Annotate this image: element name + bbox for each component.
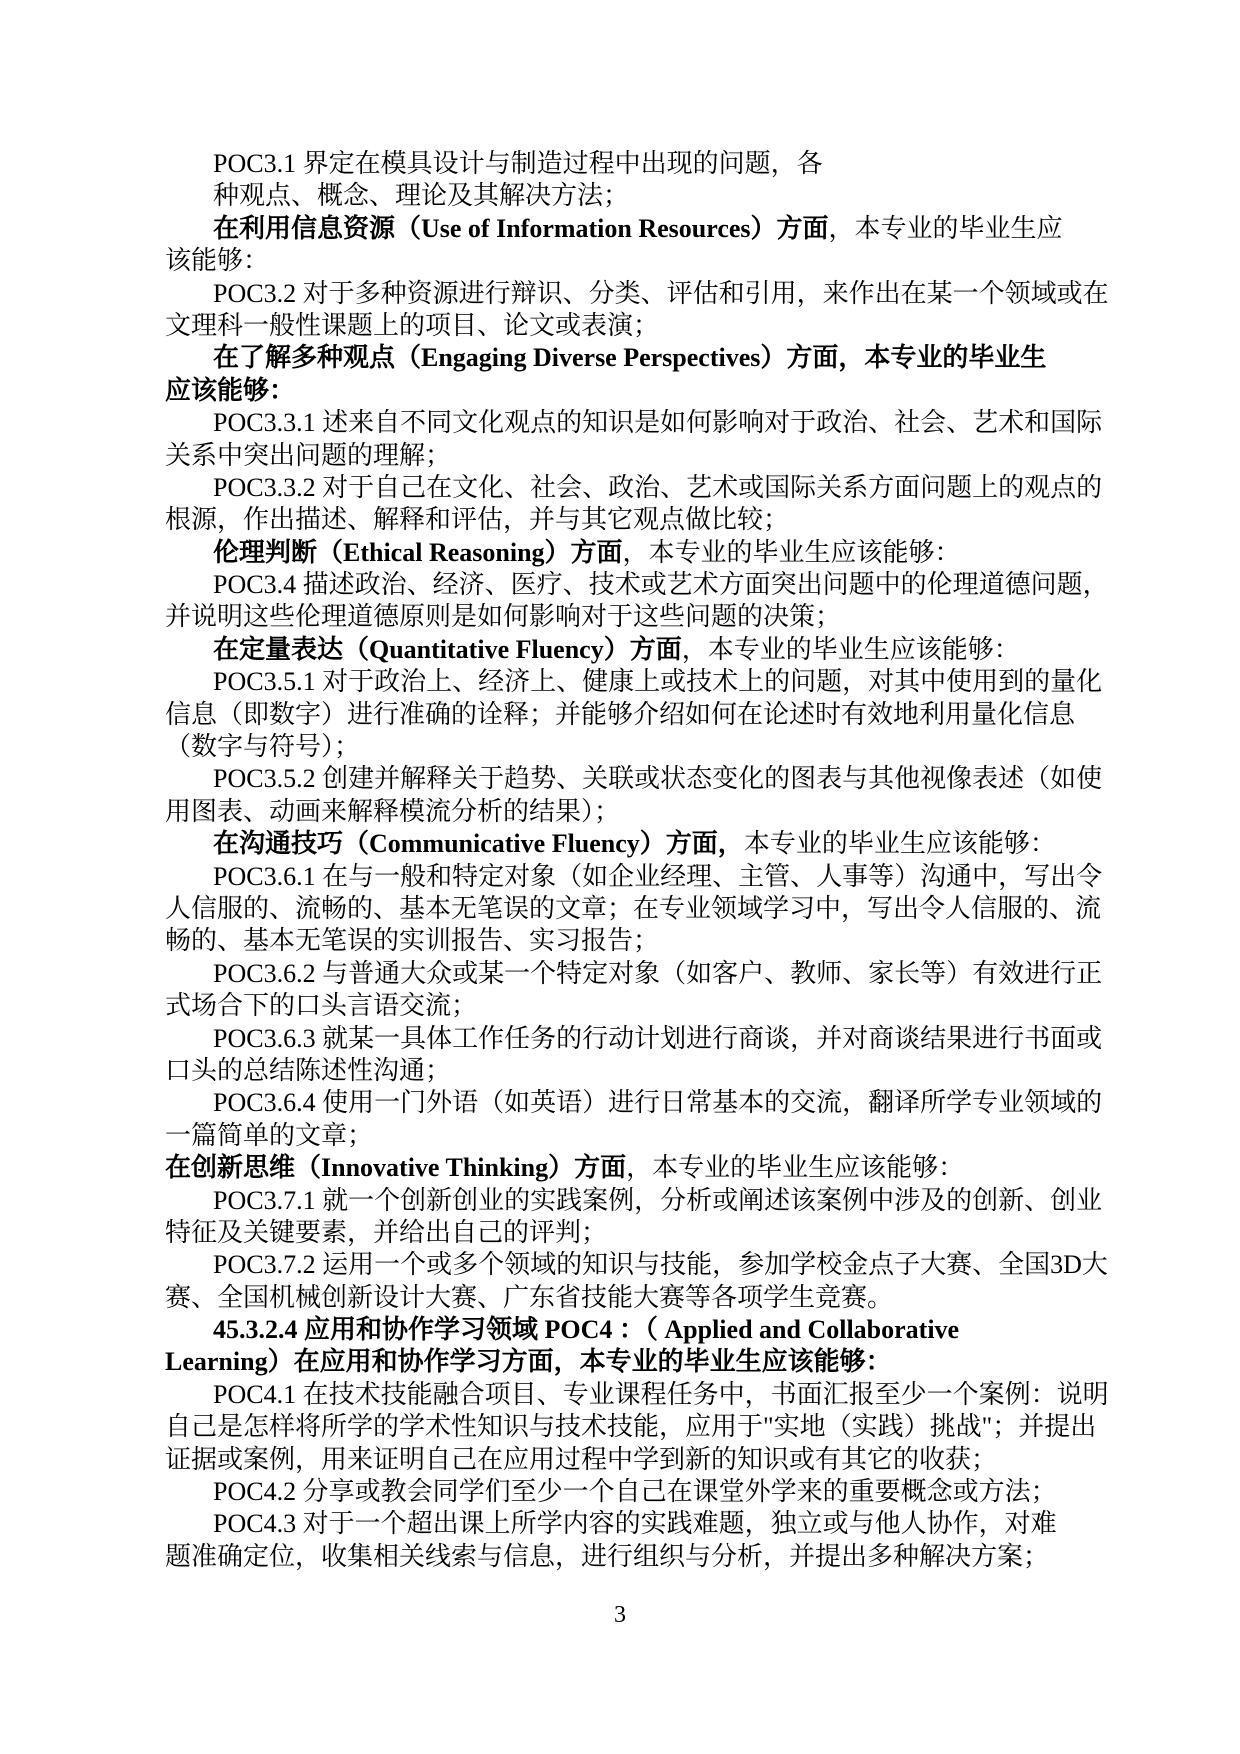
text-line: 在了解多种观点（Engaging Diverse Perspectives）方面… (165, 342, 1155, 374)
text-run: POC3.1 界定在模具设计与制造过程中出现的问题，各 (213, 149, 823, 178)
text-run: ，本专业的毕业生应该能够： (626, 1153, 964, 1182)
text-run: 自己是怎样将所学的学术性知识与技术技能，应用于"实地（实践）挑战"；并提出 (165, 1412, 1096, 1441)
text-run: 式场合下的口头言语交流； (165, 991, 477, 1020)
text-line: 人信服的、流畅的、基本无笔误的文章；在专业领域学习中，写出令人信服的、流 (165, 893, 1155, 925)
text-run: POC3.5.1 对于政治上、经济上、健康上或技术上的问题，对其中使用到的量化 (213, 667, 1102, 696)
text-run: POC3.2 对于多种资源进行辩识、分类、评估和引用，来作出在某一个领域或在 (213, 279, 1109, 308)
text-run: POC3.3.2 对于自己在文化、社会、政治、艺术或国际关系方面问题上的观点的 (213, 473, 1102, 502)
bold-text-run: 伦理判断（Ethical Reasoning）方面 (213, 538, 623, 567)
text-run: POC3.5.2 创建并解释关于趋势、关联或状态变化的图表与其他视像表述（如使 (213, 764, 1102, 793)
text-run: POC4.3 对于一个超出课上所学内容的实践难题，独立或与他人协作，对难 (213, 1509, 1057, 1538)
text-line: POC3.7.1 就一个创新创业的实践案例，分析或阐述该案例中涉及的创新、创业 (165, 1185, 1155, 1217)
text-line: 在利用信息资源（Use of Information Resources）方面，… (165, 213, 1155, 245)
text-run: 本专业的毕业生应该能够： (744, 829, 1056, 858)
text-run: ，本专业的毕业生应 (829, 214, 1063, 243)
text-line: POC3.5.1 对于政治上、经济上、健康上或技术上的问题，对其中使用到的量化 (165, 666, 1155, 698)
text-run: 根源，作出描述、解释和评估，并与其它观点做比较； (165, 505, 789, 534)
text-line: 并说明这些伦理道德原则是如何影响对于这些问题的决策； (165, 601, 1155, 633)
text-run: 种观点、概念、理论及其解决方法； (213, 181, 629, 210)
text-run: 畅的、基本无笔误的实训报告、实习报告； (165, 926, 659, 955)
text-line: 特征及关键要素，并给出自己的评判； (165, 1217, 1155, 1249)
text-line: 信息（即数字）进行准确的诠释；并能够介绍如何在论述时有效地利用量化信息 (165, 699, 1155, 731)
text-line: POC3.5.2 创建并解释关于趋势、关联或状态变化的图表与其他视像表述（如使 (165, 763, 1155, 795)
text-run: POC3.6.3 就某一具体工作任务的行动计划进行商谈，并对商谈结果进行书面或 (213, 1024, 1102, 1053)
text-line: 应该能够： (165, 375, 1155, 407)
text-line: 45.3.2.4 应用和协作学习领域 POC4 ：（ Applied and C… (165, 1314, 1155, 1346)
text-run: POC3.6.2 与普通大众或某一个特定对象（如客户、教师、家长等）有效进行正 (213, 959, 1102, 988)
bold-text-run: Learning）在应用和协作学习方面，本专业的毕业生应该能够： (165, 1347, 892, 1376)
text-run: POC4.2 分享或教会同学们至少一个自己在课堂外学来的重要概念或方法； (213, 1477, 1057, 1506)
text-run: （数字与符号）； (165, 732, 360, 761)
text-line: POC3.7.2 运用一个或多个领域的知识与技能，参加学校金点子大赛、全国3D大 (165, 1249, 1155, 1281)
text-run: 口头的总结陈述性沟通； (165, 1056, 451, 1085)
text-line: 文理科一般性课题上的项目、论文或表演； (165, 310, 1155, 342)
text-line: POC3.4 描述政治、经济、医疗、技术或艺术方面突出问题中的伦理道德问题， (165, 569, 1155, 601)
text-run: POC3.7.2 运用一个或多个领域的知识与技能，参加学校金点子大赛、全国3D大 (213, 1250, 1108, 1279)
text-line: 式场合下的口头言语交流； (165, 990, 1155, 1022)
bold-text-run: 应该能够： (165, 376, 295, 405)
bold-text-run: 在创新思维（Innovative Thinking）方面 (165, 1153, 626, 1182)
text-line: POC3.6.2 与普通大众或某一个特定对象（如客户、教师、家长等）有效进行正 (165, 958, 1155, 990)
text-line: 证据或案例，用来证明自己在应用过程中学到新的知识或有其它的收获； (165, 1444, 1155, 1476)
text-line: 自己是怎样将所学的学术性知识与技术技能，应用于"实地（实践）挑战"；并提出 (165, 1411, 1155, 1443)
text-line: POC3.2 对于多种资源进行辩识、分类、评估和引用，来作出在某一个领域或在 (165, 278, 1155, 310)
text-line: POC4.3 对于一个超出课上所学内容的实践难题，独立或与他人协作，对难 (165, 1508, 1155, 1540)
text-run: POC4.1 在技术技能融合项目、专业课程任务中，书面汇报至少一个案例：说明 (213, 1380, 1109, 1409)
text-line: 在定量表达（Quantitative Fluency）方面，本专业的毕业生应该能… (165, 634, 1155, 666)
document-page: POC3.1 界定在模具设计与制造过程中出现的问题，各种观点、概念、理论及其解决… (0, 0, 1240, 1754)
text-line: 畅的、基本无笔误的实训报告、实习报告； (165, 925, 1155, 957)
text-run: 关系中突出问题的理解； (165, 441, 451, 470)
text-run: POC3.6.4 使用一门外语（如英语）进行日常基本的交流，翻译所学专业领域的 (213, 1088, 1102, 1117)
text-line: 关系中突出问题的理解； (165, 440, 1155, 472)
text-line: POC4.2 分享或教会同学们至少一个自己在课堂外学来的重要概念或方法； (165, 1476, 1155, 1508)
text-line: 种观点、概念、理论及其解决方法； (165, 180, 1155, 212)
text-line: 一篇简单的文章； (165, 1120, 1155, 1152)
bold-text-run: 在了解多种观点（Engaging Diverse Perspectives）方面… (213, 343, 1046, 372)
text-run: 赛、全国机械创新设计大赛、广东省技能大赛等各项学生竞赛。 (165, 1283, 893, 1312)
text-run: POC3.3.1 述来自不同文化观点的知识是如何影响对于政治、社会、艺术和国际 (213, 408, 1102, 437)
text-run: POC3.7.1 就一个创新创业的实践案例，分析或阐述该案例中涉及的创新、创业 (213, 1186, 1102, 1215)
document-body: POC3.1 界定在模具设计与制造过程中出现的问题，各种观点、概念、理论及其解决… (165, 148, 1155, 1573)
text-line: POC4.1 在技术技能融合项目、专业课程任务中，书面汇报至少一个案例：说明 (165, 1379, 1155, 1411)
text-line: 伦理判断（Ethical Reasoning）方面，本专业的毕业生应该能够： (165, 537, 1155, 569)
text-line: Learning）在应用和协作学习方面，本专业的毕业生应该能够： (165, 1346, 1155, 1378)
bold-text-run: 在利用信息资源（Use of Information Resources）方面 (213, 214, 829, 243)
text-line: 赛、全国机械创新设计大赛、广东省技能大赛等各项学生竞赛。 (165, 1282, 1155, 1314)
bold-text-run: 45.3.2.4 应用和协作学习领域 POC4 ：（ Applied and C… (213, 1315, 959, 1344)
text-run: 特征及关键要素，并给出自己的评判； (165, 1218, 607, 1247)
text-run: 题准确定位，收集相关线索与信息，进行组织与分析，并提出多种解决方案； (165, 1542, 1049, 1571)
text-line: POC3.6.4 使用一门外语（如英语）进行日常基本的交流，翻译所学专业领域的 (165, 1087, 1155, 1119)
text-run: 信息（即数字）进行准确的诠释；并能够介绍如何在论述时有效地利用量化信息 (165, 700, 1075, 729)
text-line: （数字与符号）； (165, 731, 1155, 763)
text-run: POC3.4 描述政治、经济、医疗、技术或艺术方面突出问题中的伦理道德问题， (213, 570, 1109, 599)
text-line: 根源，作出描述、解释和评估，并与其它观点做比较； (165, 504, 1155, 536)
text-line: POC3.1 界定在模具设计与制造过程中出现的问题，各 (165, 148, 1155, 180)
text-line: 口头的总结陈述性沟通； (165, 1055, 1155, 1087)
text-line: 用图表、动画来解释模流分析的结果）； (165, 796, 1155, 828)
text-run: 该能够： (165, 246, 269, 275)
text-run: ，本专业的毕业生应该能够： (682, 635, 1020, 664)
text-line: 在创新思维（Innovative Thinking）方面，本专业的毕业生应该能够… (165, 1152, 1155, 1184)
text-run: 用图表、动画来解释模流分析的结果）； (165, 797, 620, 826)
text-line: POC3.6.1 在与一般和特定对象（如企业经理、主管、人事等）沟通中，写出令 (165, 861, 1155, 893)
text-run: POC3.6.1 在与一般和特定对象（如企业经理、主管、人事等）沟通中，写出令 (213, 862, 1102, 891)
bold-text-run: 在沟通技巧（Communicative Fluency）方面， (213, 829, 744, 858)
text-line: POC3.3.1 述来自不同文化观点的知识是如何影响对于政治、社会、艺术和国际 (165, 407, 1155, 439)
text-line: 在沟通技巧（Communicative Fluency）方面，本专业的毕业生应该… (165, 828, 1155, 860)
text-line: POC3.3.2 对于自己在文化、社会、政治、艺术或国际关系方面问题上的观点的 (165, 472, 1155, 504)
text-line: 该能够： (165, 245, 1155, 277)
page-number: 3 (0, 1601, 1240, 1629)
text-run: 一篇简单的文章； (165, 1121, 373, 1150)
text-run: ，本专业的毕业生应该能够： (623, 538, 961, 567)
text-run: 证据或案例，用来证明自己在应用过程中学到新的知识或有其它的收获； (165, 1445, 997, 1474)
text-run: 并说明这些伦理道德原则是如何影响对于这些问题的决策； (165, 602, 841, 631)
text-run: 人信服的、流畅的、基本无笔误的文章；在专业领域学习中，写出令人信服的、流 (165, 894, 1101, 923)
text-run: 文理科一般性课题上的项目、论文或表演； (165, 311, 659, 340)
text-line: POC3.6.3 就某一具体工作任务的行动计划进行商谈，并对商谈结果进行书面或 (165, 1023, 1155, 1055)
text-line: 题准确定位，收集相关线索与信息，进行组织与分析，并提出多种解决方案； (165, 1541, 1155, 1573)
bold-text-run: 在定量表达（Quantitative Fluency）方面 (213, 635, 682, 664)
